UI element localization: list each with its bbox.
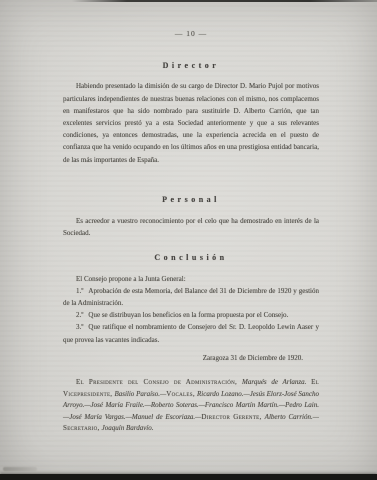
page-number: — 10 — — [63, 28, 319, 40]
signature-segment: Vocales, — [166, 390, 197, 398]
signature-segment: Joaquín Bardavío. — [102, 424, 154, 432]
item-1-ordinal: 1.º — [76, 287, 83, 295]
signature-segment: Director Gerente, — [201, 413, 264, 421]
signature-segment: Basilio Paraíso.— — [114, 390, 166, 398]
scan-bottom-edge — [0, 474, 377, 480]
signature-segment: Secretario, — [63, 424, 102, 432]
page-content: — 10 — Director Habiendo presentado la d… — [63, 0, 319, 435]
scanned-page: — 10 — Director Habiendo presentado la d… — [0, 0, 377, 480]
signature-segment: El Presidente del Consejo de Administrac… — [76, 378, 242, 386]
section-heading-conclusion: Conclusión — [63, 252, 319, 264]
scan-corner-mark — [3, 467, 37, 471]
item-2-ordinal: 2.º — [76, 311, 83, 319]
item-3-ordinal: 3.º — [76, 323, 83, 331]
signature-segment: Alberto Carrión.— — [265, 413, 319, 421]
item-1-text: Aprobación de esta Memoria, del Balance … — [63, 287, 319, 307]
section-heading-director: Director — [63, 60, 319, 72]
section-heading-personal: Personal — [63, 194, 319, 206]
signatures-paragraph: El Presidente del Consejo de Administrac… — [63, 377, 319, 435]
signature-segment: Marqués de Arlanza. — [242, 378, 311, 386]
conclusion-item-2: 2.ºQue se distribuyan los beneficios en … — [63, 309, 319, 321]
conclusion-item-1: 1.ºAprobación de esta Memoria, del Balan… — [63, 285, 319, 309]
item-3-text: Que ratifique el nombramiento de Conseje… — [63, 323, 319, 343]
personal-paragraph: Es acreedor a vuestro reconocimiento por… — [63, 215, 319, 239]
dateline: Zaragoza 31 de Diciembre de 1920. — [63, 352, 319, 364]
item-2-text: Que se distribuyan los beneficios en la … — [88, 311, 288, 319]
director-paragraph: Habiendo presentado la dimisión de su ca… — [63, 80, 319, 165]
conclusion-item-3: 3.ºQue ratifique el nombramiento de Cons… — [63, 321, 319, 345]
conclusion-intro: El Consejo propone a la Junta General: — [63, 273, 319, 285]
